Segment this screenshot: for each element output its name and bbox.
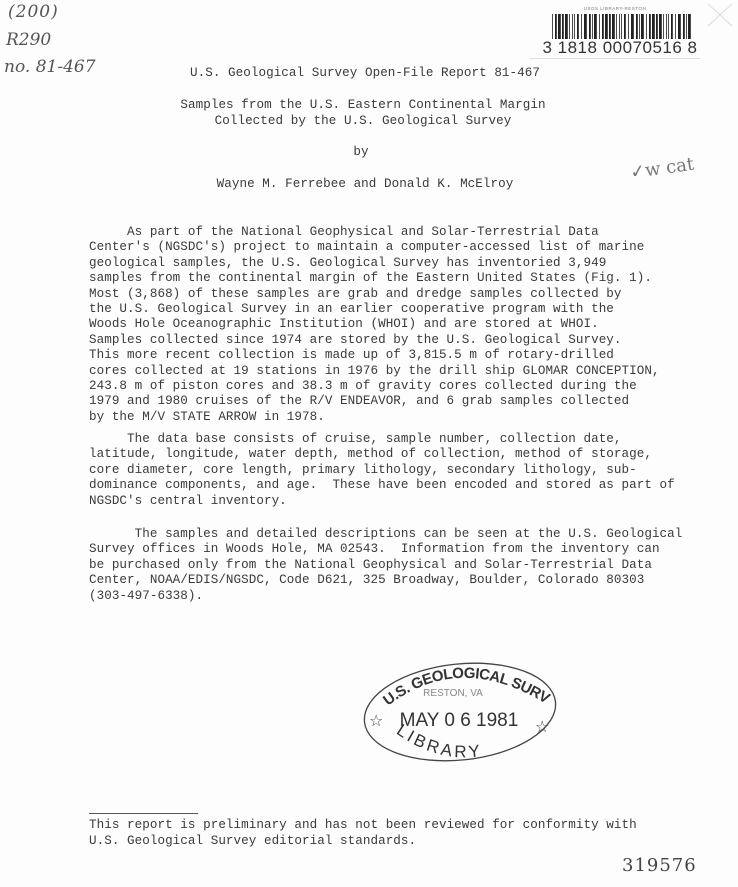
cross-mark-icon [706,2,734,28]
library-receipt-stamp: U.S. GEOLOGICAL SURVEY RESTON, VA ☆ ☆ MA… [355,652,565,768]
document-page: (200) R290 no. 81-467 USGS LIBRARY-RESTO… [0,0,738,887]
stamp-date: MAY 0 6 1981 [400,710,519,731]
barcode-number: 3 1818 00070516 8 [530,38,710,58]
report-title-line-1: Samples from the U.S. Eastern Continenta… [0,98,732,112]
star-icon: ☆ [369,711,383,730]
stamp-location: RESTON, VA [423,688,483,699]
barcode-caption: USGS LIBRARY-RESTON [530,6,700,11]
star-icon: ☆ [535,717,549,736]
svg-text:U.S. GEOLOGICAL SURVEY: U.S. GEOLOGICAL SURVEY [355,652,553,709]
library-barcode-label: USGS LIBRARY-RESTON 3 1818 00070516 8 [530,2,700,59]
paragraph-1: As part of the National Geophysical and … [89,225,729,425]
footnote-divider [89,813,198,814]
report-title-line-2: Collected by the U.S. Geological Survey [0,114,732,128]
authors: Wayne M. Ferrebee and Donald K. McElroy [0,177,734,191]
by-line: by [0,145,730,159]
footnote-line-2: U.S. Geological Survey editorial standar… [89,834,729,849]
paragraph-2: The data base consists of cruise, sample… [89,432,729,509]
handwritten-call-number-2: R290 [6,30,51,50]
barcode-icon [552,14,692,39]
report-series: U.S. Geological Survey Open-File Report … [0,66,734,80]
handwritten-accession-number: 319576 [622,855,697,876]
footnote-line-1: This report is preliminary and has not b… [89,818,729,833]
handwritten-call-number-1: (200) [8,2,59,22]
stamp-agency: U.S. GEOLOGICAL SURVEY [355,652,553,709]
paragraph-3: The samples and detailed descriptions ca… [89,527,729,604]
